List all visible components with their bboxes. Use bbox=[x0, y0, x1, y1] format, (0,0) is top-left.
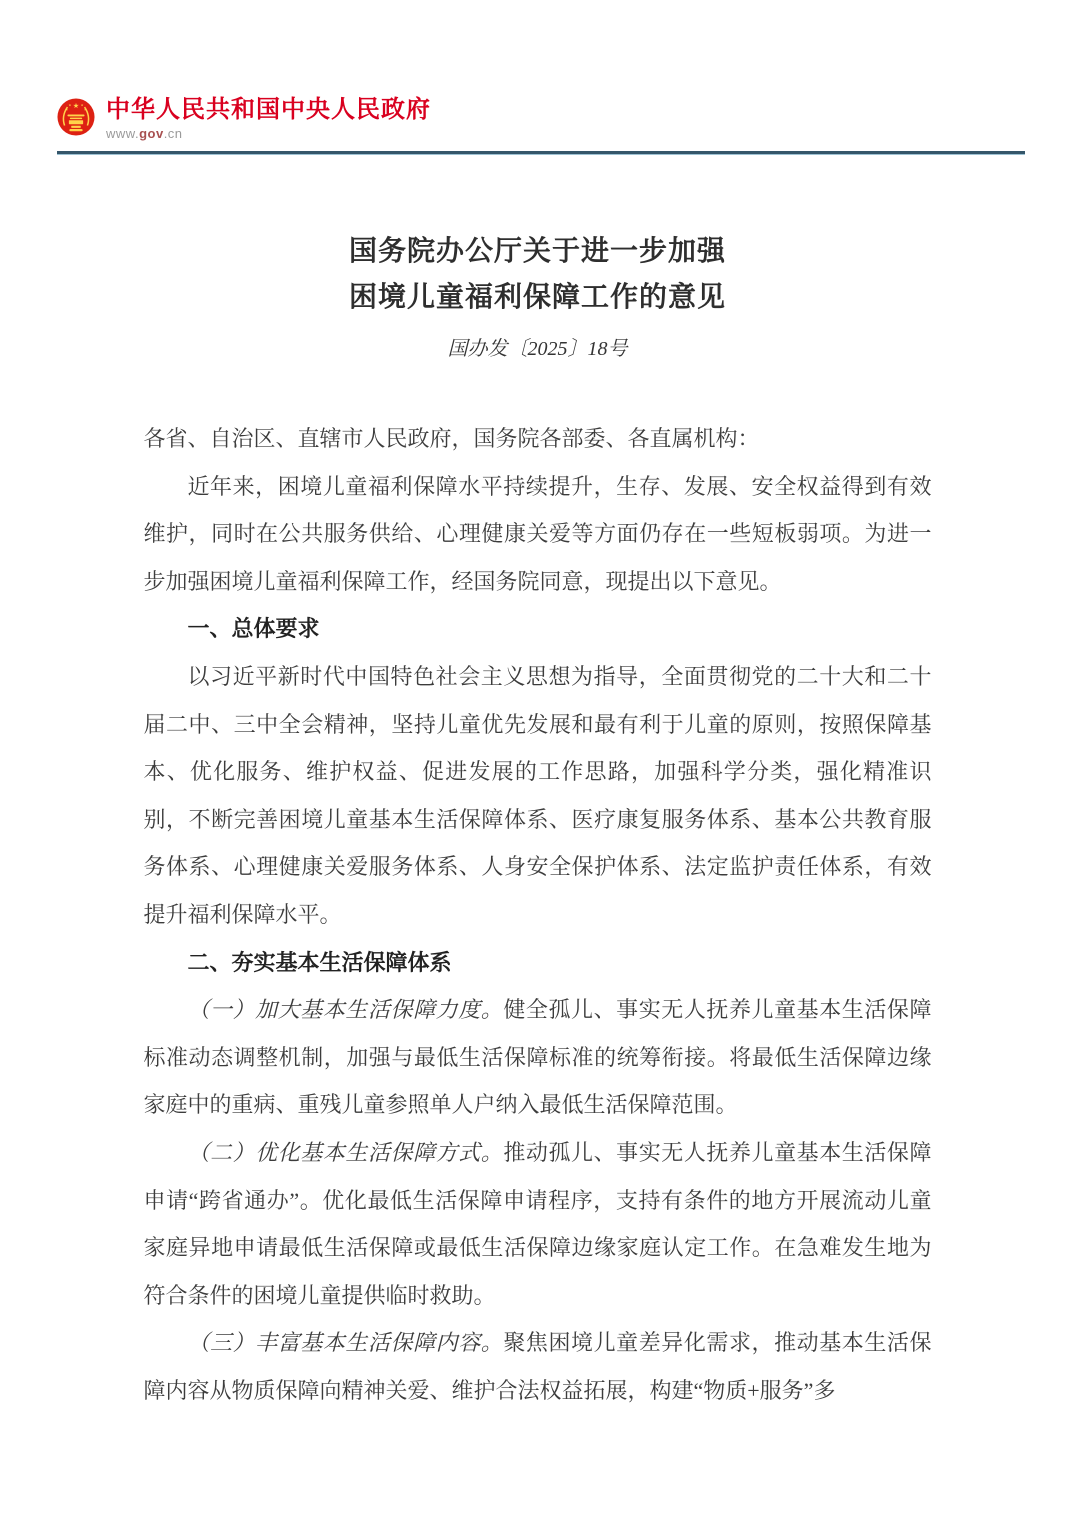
site-url-gov: gov bbox=[139, 126, 164, 141]
site-url: www.gov.cn bbox=[106, 126, 431, 141]
gov-logo-link[interactable]: 中华人民共和国中央人民政府 www.gov.cn bbox=[57, 96, 1075, 141]
document-body: 各省、自治区、直辖市人民政府，国务院各部委、各直属机构：近年来，困境儿童福利保障… bbox=[144, 415, 932, 1414]
document-title-line2: 困境儿童福利保障工作的意见 bbox=[144, 275, 932, 321]
document-paragraph: （二）优化基本生活保障方式。推动孤儿、事实无人抚养儿童基本生活保障申请“跨省通办… bbox=[144, 1129, 932, 1319]
document-paragraph: 近年来，困境儿童福利保障水平持续提升，生存、发展、安全权益得到有效维护，同时在公… bbox=[144, 463, 932, 606]
document-paragraph: 以习近平新时代中国特色社会主义思想为指导，全面贯彻党的二十大和二十届二中、三中全… bbox=[144, 653, 932, 939]
document: 国务院办公厅关于进一步加强 困境儿童福利保障工作的意见 国办发〔2025〕18号… bbox=[144, 229, 932, 1414]
paragraph-lead: （三）丰富基本生活保障内容。 bbox=[188, 1330, 504, 1355]
site-name: 中华人民共和国中央人民政府 bbox=[106, 96, 431, 124]
document-paragraph: （三）丰富基本生活保障内容。聚焦困境儿童差异化需求，推动基本生活保障内容从物质保… bbox=[144, 1319, 932, 1414]
national-emblem-icon bbox=[57, 98, 95, 136]
paragraph-lead: （二）优化基本生活保障方式。 bbox=[188, 1140, 504, 1165]
document-paragraph: （一）加大基本生活保障力度。健全孤儿、事实无人抚养儿童基本生活保障标准动态调整机… bbox=[144, 986, 932, 1129]
salutation-line: 各省、自治区、直辖市人民政府，国务院各部委、各直属机构： bbox=[144, 415, 932, 463]
header-divider bbox=[57, 151, 1025, 155]
section-heading: 二、夯实基本生活保障体系 bbox=[144, 939, 932, 987]
site-header: 中华人民共和国中央人民政府 www.gov.cn bbox=[0, 0, 1075, 155]
site-url-prefix: www. bbox=[106, 126, 139, 141]
document-number: 国办发〔2025〕18号 bbox=[144, 335, 932, 363]
section-heading: 一、总体要求 bbox=[144, 605, 932, 653]
paragraph-lead: （一）加大基本生活保障力度。 bbox=[188, 997, 504, 1022]
site-url-suffix: .cn bbox=[164, 126, 183, 141]
brand-text: 中华人民共和国中央人民政府 www.gov.cn bbox=[106, 96, 431, 141]
document-title-line1: 国务院办公厅关于进一步加强 bbox=[144, 229, 932, 275]
document-title: 国务院办公厅关于进一步加强 困境儿童福利保障工作的意见 bbox=[144, 229, 932, 321]
